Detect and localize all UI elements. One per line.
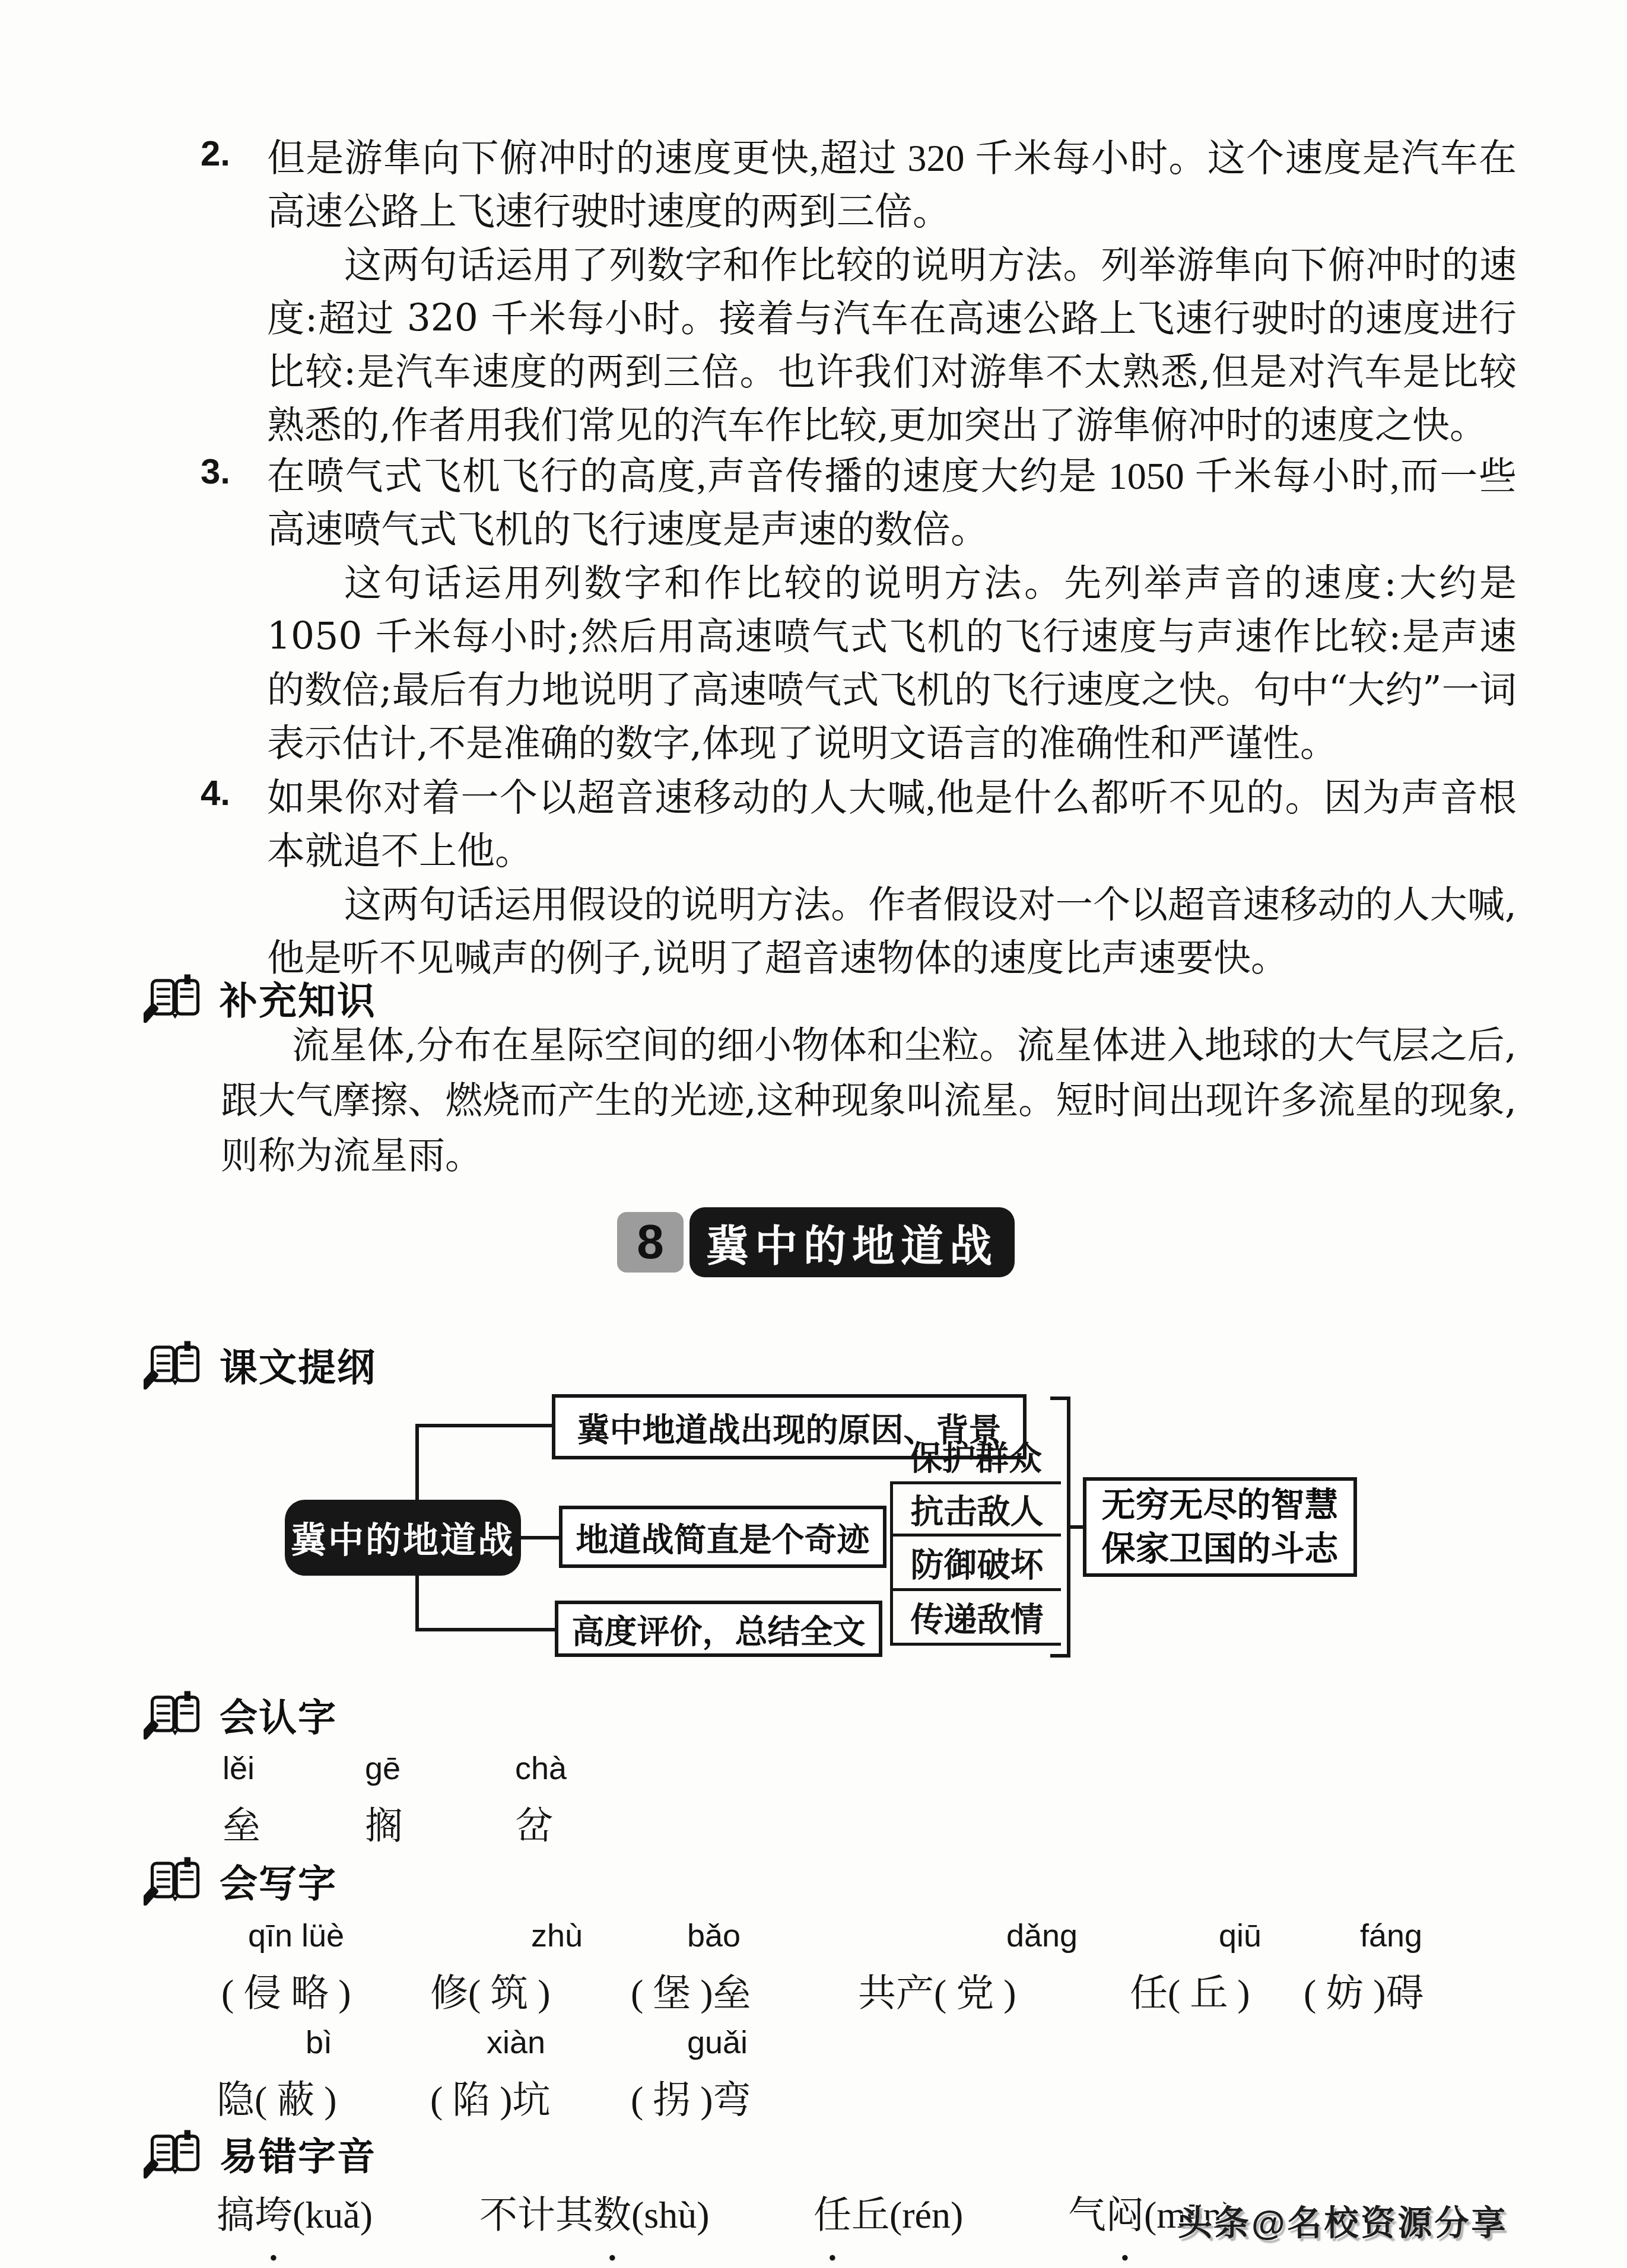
yicuo-item: 不计其数(shù) [479,2184,710,2239]
word-entry: qiū 任( 丘 ) [1130,1917,1261,2017]
pinyin: dǎng [858,1917,1078,1954]
page: { "items": [ { "num": "2.", "quote": "但是… [0,0,1627,2268]
hanzi: ( 堡 )垒 [631,1962,751,2017]
list-item: 2. 但是游隼向下俯冲时的速度更快,超过 320 千米每小时。这个速度是汽车在高… [0,132,1627,452]
hanzi: 共产( 党 ) [858,1962,1078,2017]
outline-sub-item: 保护群众 [890,1430,1061,1484]
outline-result-line2: 保家卫国的斗志 [1102,1527,1339,1571]
quote-text: 如果你对着一个以超音速移动的人大喊,他是什么都听不见的。因为声音根本就追不上他。 [267,771,1517,878]
outline-diagram: 冀中的地道战 冀中地道战出现的原因、背景 地道战简直是个奇迹 高度评价，总结全文… [0,1382,1627,1679]
book-pen-icon [144,2123,205,2184]
outline-sub-item: 传递敌情 [890,1591,1061,1646]
pinyin: guǎi [631,2024,751,2061]
outline-branch-3: 高度评价，总结全文 [555,1601,882,1657]
word-entry: lěi 垒 [223,1750,260,1850]
yicuo-dotted-char: 垮 [255,2184,293,2239]
yicuo-before: 不计其 [479,2194,593,2236]
huirenzi-grid: lěi 垒 gē 搁 chà 岔 [0,1750,1627,1851]
word-entry: qīn lüè ( 侵 略 ) [221,1917,351,2017]
hanzi: 垒 [223,1795,260,1850]
book-pen-icon [144,1850,205,1911]
connector-bottom-branch [415,1628,556,1631]
word-entry: xiàn ( 陷 )坑 [430,2024,551,2124]
quote-text: 但是游隼向下俯冲时的速度更快,超过 320 千米每小时。这个速度是汽车在高速公路… [267,132,1517,238]
yicuo-item: 任丘(rén) [813,2184,963,2239]
yicuo-after: (kuǎ) [293,2194,373,2236]
book-pen-icon [144,967,205,1029]
yicuo-dotted-char: 数 [593,2184,631,2239]
outline-branch-2: 地道战简直是个奇迹 [559,1506,886,1568]
supplement-text: 流星体,分布在星际空间的细小物体和尘粒。流星体进入地球的大气层之后,跟大气摩擦、… [221,1017,1517,1183]
hanzi: ( 拐 )弯 [631,2069,751,2124]
section-header-yicuo: 易错字音 [144,2123,376,2184]
chapter-title: 冀中的地道战 [689,1207,1015,1277]
yicuo-dotted-char: 闷 [1106,2184,1144,2239]
pinyin: lěi [223,1750,260,1787]
chapter-badge: 8 冀中的地道战 [617,1207,1015,1277]
yicuo-after: (shù) [631,2194,710,2236]
bracket-cap-bottom [1050,1654,1067,1658]
quote-text: 在喷气式飞机飞行的高度,声音传播的速度大约是 1050 千米每小时,而一些高速喷… [267,450,1517,556]
outline-result-line1: 无穷无尽的智慧 [1102,1483,1339,1527]
pinyin: bì [217,2024,337,2061]
word-entry: guǎi ( 拐 )弯 [631,2024,751,2124]
book-pen-icon [144,1684,205,1745]
huixiezi-row2: bì 隐( 蔽 ) xiàn ( 陷 )坑 guǎi ( 拐 )弯 [0,2024,1627,2125]
word-entry: dǎng 共产( 党 ) [858,1917,1078,2017]
yicuo-item: 搞垮(kuǎ) [217,2184,373,2239]
chapter-number: 8 [617,1212,684,1273]
hanzi: 搁 [365,1795,403,1850]
hanzi: ( 妨 )碍 [1304,1962,1424,2017]
word-entry: chà 岔 [515,1750,567,1850]
pinyin: chà [515,1750,567,1787]
hanzi: 隐( 蔽 ) [217,2069,337,2124]
analysis-text: 这两句话运用假设的说明方法。作者假设对一个以超音速移动的人大喊,他是听不见喊声的… [267,878,1517,985]
bracket-cap-top [1050,1397,1067,1400]
watermark: 头条@名校资源分享 [1178,2195,1508,2245]
outline-result-box: 无穷无尽的智慧 保家卫国的斗志 [1083,1477,1357,1577]
item-number: 3. [201,451,230,492]
section-title: 会写字 [220,1853,337,1908]
connector-top-branch [415,1424,553,1427]
yicuo-before: 气 [1068,2194,1106,2236]
hanzi: ( 陷 )坑 [430,2069,551,2124]
yicuo-dotted-char: 任 [813,2184,851,2239]
yicuo-before: 搞 [217,2194,255,2236]
word-entry: fáng ( 妨 )碍 [1304,1917,1424,2017]
word-entry: bǎo ( 堡 )垒 [631,1917,751,2017]
pinyin: bǎo [631,1917,751,1954]
item-number: 4. [201,772,230,813]
analysis-text: 这两句话运用了列数字和作比较的说明方法。列举游隼向下俯冲时的速度:超过 320 … [267,238,1517,452]
pinyin: fáng [1304,1917,1424,1954]
hanzi: 修( 筑 ) [430,1962,583,2017]
list-item: 3. 在喷气式飞机飞行的高度,声音传播的速度大约是 1050 千米每小时,而一些… [0,450,1627,770]
pinyin: zhù [430,1917,583,1954]
word-entry: bì 隐( 蔽 ) [217,2024,337,2124]
pinyin: qīn lüè [221,1917,351,1954]
yicuo-after: 丘(rén) [851,2194,963,2236]
word-entry: zhù 修( 筑 ) [430,1917,583,2017]
huixiezi-row1: qīn lüè ( 侵 略 ) zhù 修( 筑 ) bǎo ( 堡 )垒 dǎ… [0,1917,1627,2018]
item-number: 2. [201,133,230,174]
section-title: 会认字 [220,1687,337,1742]
section-title: 易错字音 [220,2126,376,2181]
outline-sub-item: 防御破坏 [890,1537,1061,1591]
outline-root-node: 冀中的地道战 [285,1500,521,1576]
pinyin: gē [365,1750,403,1787]
analysis-text: 这句话运用列数字和作比较的说明方法。先列举声音的速度:大约是 1050 千米每小… [267,556,1517,770]
pinyin: xiàn [430,2024,551,2061]
outline-sub-item: 抗击敌人 [890,1484,1061,1537]
list-item: 4. 如果你对着一个以超音速移动的人大喊,他是什么都听不见的。因为声音根本就追不… [0,771,1627,985]
section-header-huirenzi: 会认字 [144,1684,337,1745]
hanzi: ( 侵 略 ) [221,1962,351,2017]
word-entry: gē 搁 [365,1750,403,1850]
hanzi: 任( 丘 ) [1130,1962,1261,2017]
connector-middle-branch [520,1536,559,1539]
section-header-huixiezi: 会写字 [144,1850,337,1911]
hanzi: 岔 [515,1795,567,1850]
pinyin: qiū [1130,1917,1261,1954]
